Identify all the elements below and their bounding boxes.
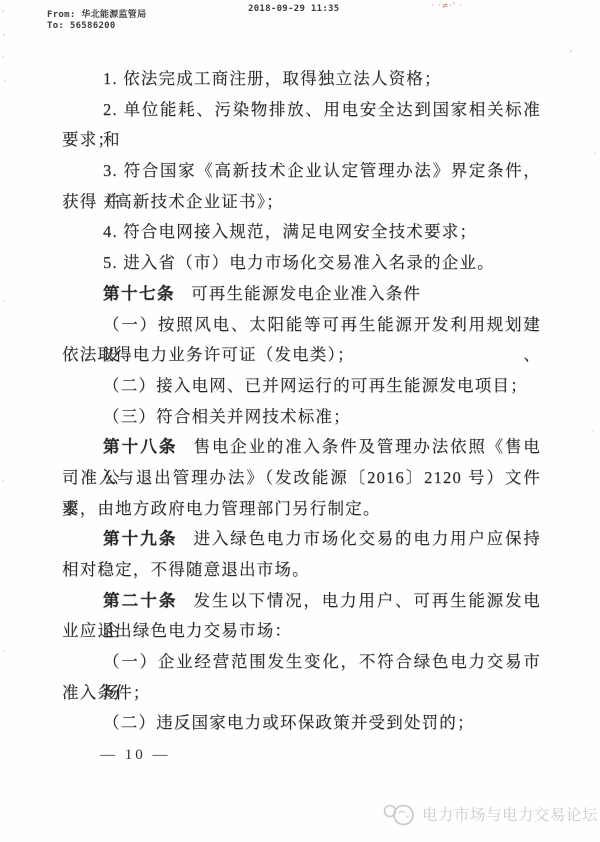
article-number: 第十七条 bbox=[103, 285, 175, 303]
document-line: （一）企业经营范围发生变化，不符合绿色电力交易市场 bbox=[62, 647, 541, 678]
document-line: 1. 依法完成工商注册，取得独立法人资格； bbox=[62, 64, 541, 95]
document-line: 求，由地方政府电力管理部门另行制定。 bbox=[62, 494, 541, 525]
scan-artifacts bbox=[2, 10, 4, 12]
document-line: （三）符合相关并网技术标准； bbox=[62, 402, 541, 433]
fax-to-label: To: 56586200 bbox=[47, 21, 116, 31]
document-line: 3. 符合国家《高新技术企业认定管理办法》界定条件，并 bbox=[62, 156, 541, 187]
document-line: 要求； bbox=[62, 125, 541, 156]
document-line: 第十八条售电企业的准入条件及管理办法依照《售电公 bbox=[62, 432, 541, 463]
forum-logo-icon bbox=[382, 800, 416, 828]
page-number: — 10 — bbox=[100, 747, 171, 764]
watermark-text: 电力市场与电力交易论坛 bbox=[422, 803, 598, 825]
document-line: 2. 单位能耗、污染物排放、用电安全达到国家相关标准和 bbox=[62, 95, 541, 126]
document-line: 第十七条可再生能源发电企业准入条件 bbox=[62, 279, 541, 310]
fax-from-label: From: 华北能源监管局 bbox=[47, 7, 146, 20]
document-line: 司准入与退出管理办法》（发改能源〔2016〕2120 号）文件要 bbox=[62, 463, 541, 494]
document-line: 5. 进入省（市）电力市场化交易准入名录的企业。 bbox=[62, 248, 541, 279]
document-line: 4. 符合电网接入规范，满足电网安全技术要求； bbox=[62, 217, 541, 248]
fax-timestamp: 2018-09-29 11:35 bbox=[248, 4, 340, 14]
document-line: 相对稳定，不得随意退出市场。 bbox=[62, 555, 541, 586]
red-stamp-mark: · ·≠·' · bbox=[431, 1, 463, 10]
document-body: 1. 依法完成工商注册，取得独立法人资格；2. 单位能耗、污染物排放、用电安全达… bbox=[62, 64, 541, 739]
document-line: 准入条件； bbox=[62, 678, 541, 709]
document-line: 第二十条发生以下情况，电力用户、可再生能源发电企 bbox=[62, 586, 541, 617]
document-line: （二）接入电网、已并网运行的可再生能源发电项目； bbox=[62, 371, 541, 402]
watermark: 电力市场与电力交易论坛 bbox=[382, 800, 598, 828]
scanned-document-page: From: 华北能源监管局 To: 56586200 2018-09-29 11… bbox=[0, 0, 600, 842]
article-number: 第十九条 bbox=[103, 530, 178, 548]
article-number: 第二十条 bbox=[103, 592, 178, 610]
document-line: （二）违反国家电力或环保政策并受到处罚的； bbox=[62, 708, 541, 739]
document-line: 第十九条进入绿色电力市场化交易的电力用户应保持 bbox=[62, 524, 541, 555]
document-line: 业应退出绿色电力交易市场： bbox=[62, 616, 541, 647]
document-line: 获得《高新技术企业证书》； bbox=[62, 187, 541, 218]
article-number: 第十八条 bbox=[103, 438, 178, 456]
document-line: （一）按照风电、太阳能等可再生能源开发利用规划建设、 bbox=[62, 310, 541, 341]
